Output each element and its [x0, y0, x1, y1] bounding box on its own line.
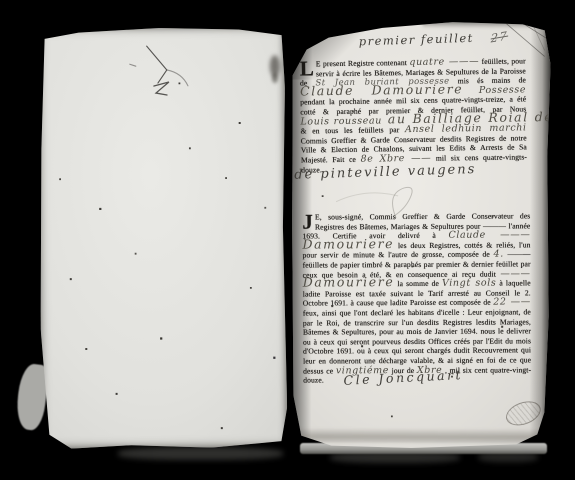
page-fore-edge [529, 16, 557, 450]
left-page-blank [39, 27, 288, 449]
printed-text: E present Registre contenant [316, 58, 410, 68]
paper-specks [293, 16, 294, 17]
printed-text: la somme de [394, 279, 442, 288]
handwritten-fill: 22 —— [493, 297, 531, 308]
handwritten-fill: Vingt sols [442, 278, 496, 289]
printed-paragraph-1: LE present Registre contenant quatre ———… [300, 56, 528, 174]
ink-smudge [272, 73, 278, 83]
paragraph2-text: E, sous-signé, Commis Greffier & Garde C… [302, 211, 531, 384]
printed-paragraph-2: JE, sous-signé, Commis Greffier & Garde … [302, 211, 531, 385]
heading-paraph: 27 [491, 28, 509, 45]
handwritten-fill: Damouriere [302, 236, 394, 251]
right-page-register: premier feuillet 27 LE present Registre … [291, 16, 557, 451]
handwritten-page-heading: premier feuillet 27 [358, 30, 508, 49]
ink-scribble-mark [127, 40, 201, 105]
bottom-grime-band [295, 428, 545, 444]
heading-text: premier feuillet [358, 31, 474, 49]
scanned-register-spread: premier feuillet 27 LE present Registre … [0, 0, 575, 480]
paper-specks [39, 29, 40, 30]
dropcap-letter: J [302, 214, 313, 230]
handwritten-fill: 4. [494, 249, 504, 260]
handwritten-fill: Damouriere [303, 274, 395, 289]
dropcap-letter: L [300, 60, 314, 76]
book-bottom-edge [118, 447, 283, 460]
